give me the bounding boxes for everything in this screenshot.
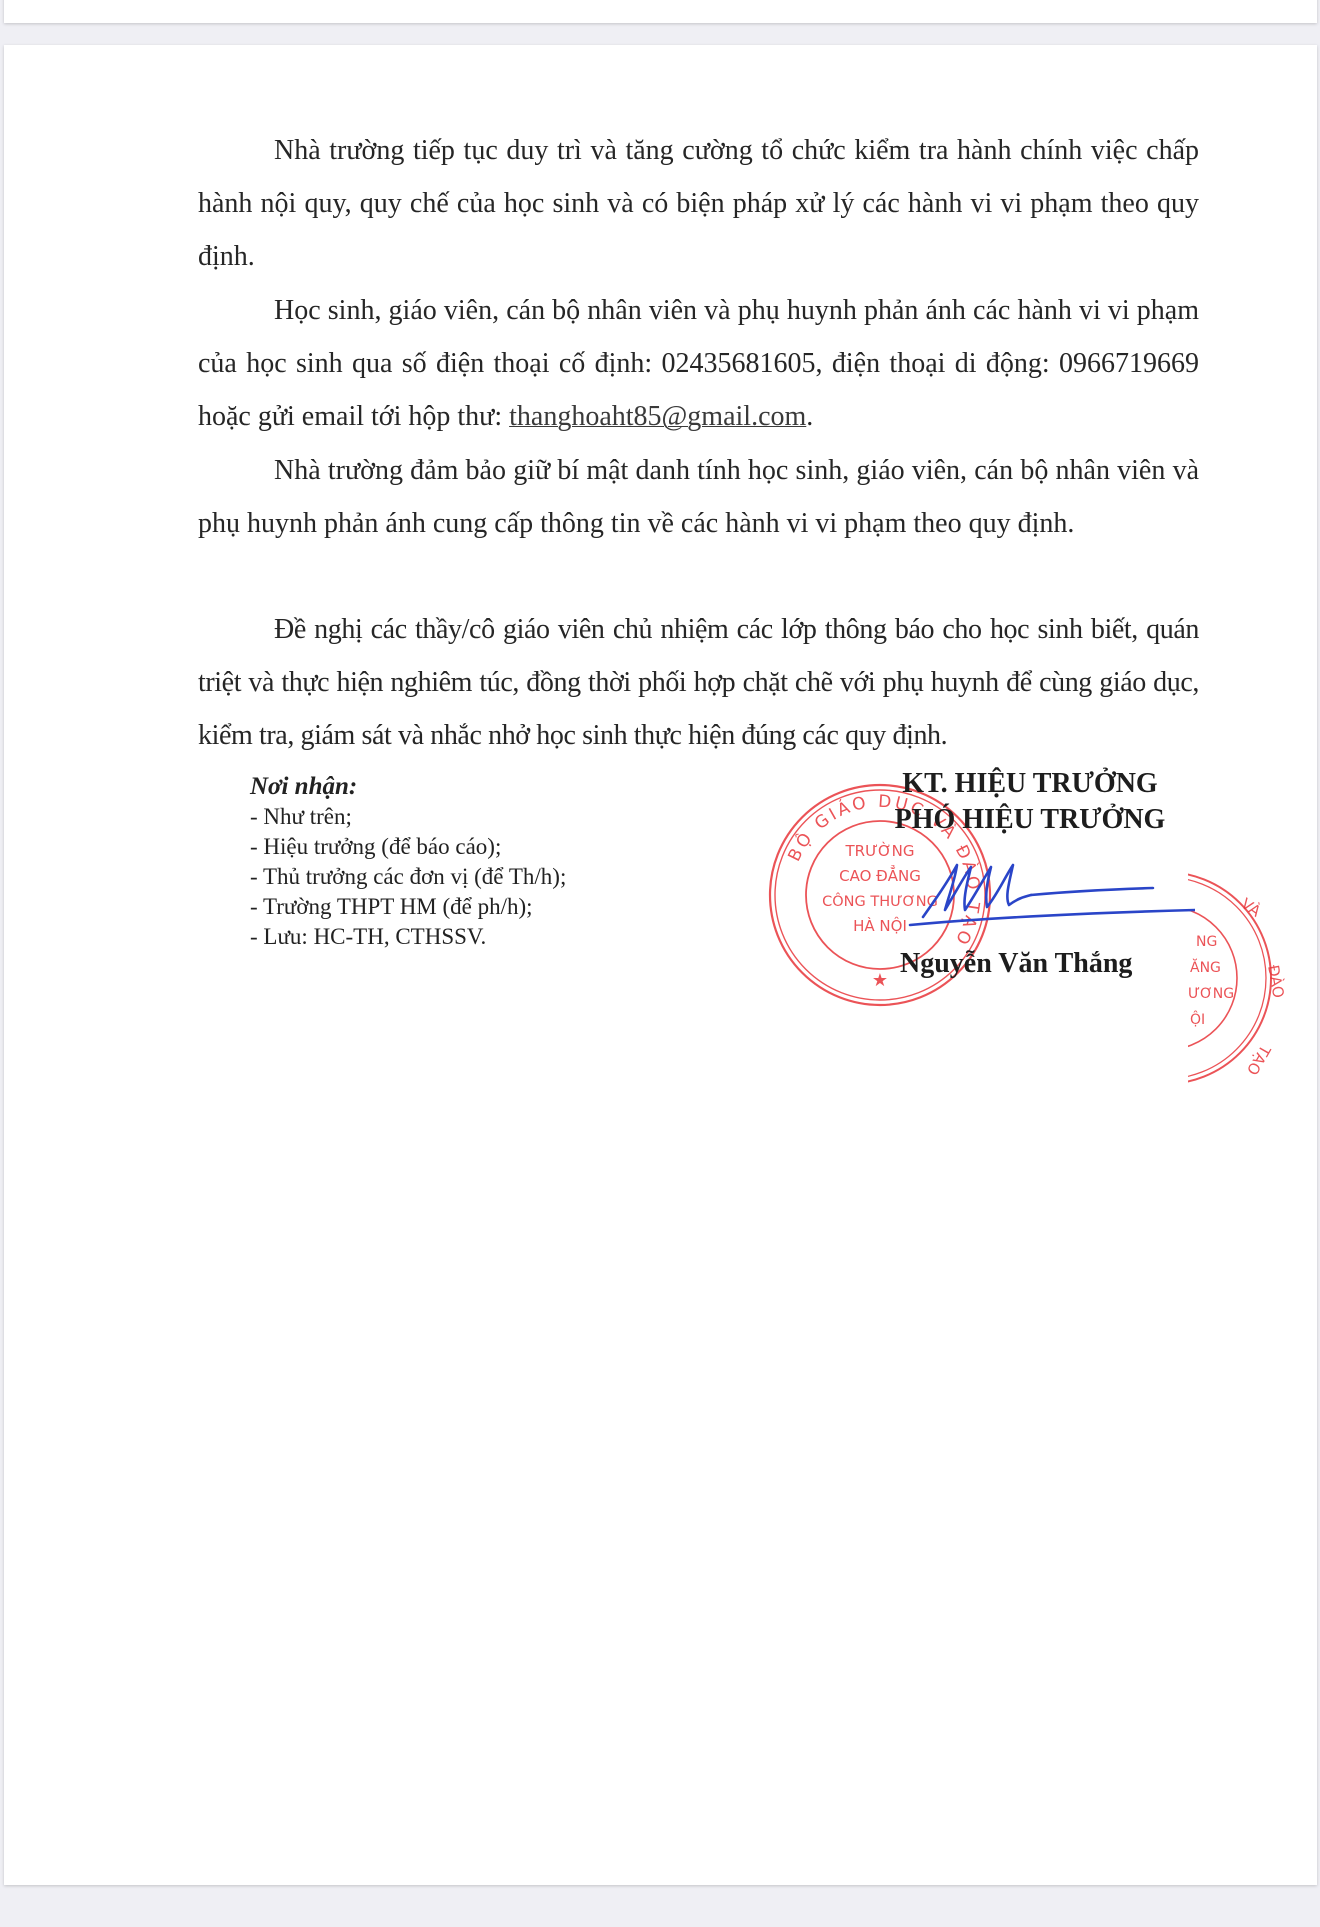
previous-page-bottom	[4, 0, 1317, 23]
recipient-item: - Hiệu trưởng (để báo cáo);	[250, 832, 566, 862]
paragraph-inspection: Nhà trường tiếp tục duy trì và tăng cườn…	[198, 124, 1199, 283]
recipients-title: Nơi nhận:	[250, 772, 566, 802]
email-link[interactable]: thanghoaht85@gmail.com	[509, 401, 806, 432]
mobile-number: 0966719669	[1059, 348, 1199, 379]
recipient-item: - Như trên;	[250, 802, 566, 832]
signature-title-line2: PHÓ HIỆU TRƯỞNG	[860, 802, 1200, 838]
recipient-item: - Lưu: HC-TH, CTHSSV.	[250, 922, 566, 952]
signature-title-line1: KT. HIỆU TRƯỞNG	[860, 766, 1200, 802]
paragraph-confidentiality: Nhà trường đảm bảo giữ bí mật danh tính …	[198, 444, 1199, 550]
paragraph-request: Đề nghị các thầy/cô giáo viên chủ nhiệm …	[198, 603, 1199, 762]
signatory-name: Nguyễn Văn Thắng	[900, 948, 1132, 980]
signature-block: KT. HIỆU TRƯỞNG PHÓ HIỆU TRƯỞNG	[860, 766, 1200, 838]
contact-text: , điện thoại di động:	[816, 348, 1059, 379]
recipients-block: Nơi nhận: - Như trên; - Hiệu trưởng (để …	[250, 772, 566, 952]
recipient-item: - Trường THPT HM (để ph/h);	[250, 892, 566, 922]
contact-text: hoặc gửi email tới hộp thư:	[198, 401, 509, 432]
recipient-item: - Thủ trưởng các đơn vị (để Th/h);	[250, 862, 566, 892]
paragraph-contact: Học sinh, giáo viên, cán bộ nhân viên và…	[198, 284, 1199, 443]
landline-number: 02435681605	[662, 348, 816, 379]
